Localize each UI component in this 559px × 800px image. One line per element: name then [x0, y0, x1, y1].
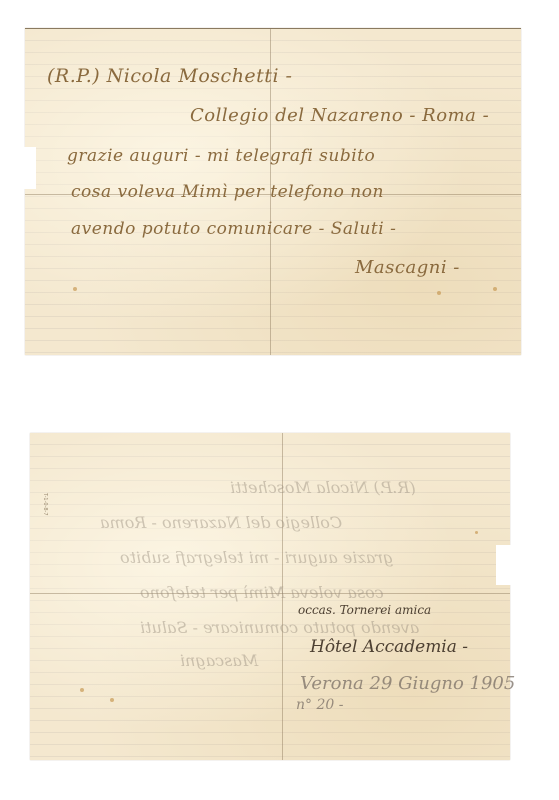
address-line-institution: Collegio del Nazareno - Roma - — [190, 105, 489, 126]
back-note-line-1: occas. Tornerei amica — [298, 603, 431, 617]
torn-edge — [496, 545, 512, 585]
address-line-recipient: (R.P.) Nicola Moschetti - — [47, 65, 292, 87]
number-note: n° 20 - — [296, 697, 343, 713]
bleed-through-line-3: grazie auguri - mi telegrafi subito — [120, 548, 393, 567]
foxing-spot — [73, 287, 77, 291]
place-date: Verona 29 Giugno 1905 — [300, 673, 515, 694]
bleed-through-line-1: (R.P.) Nicola Moschetti — [230, 478, 416, 497]
foxing-spot — [80, 688, 84, 692]
bleed-through-line-6: Mascagni — [180, 651, 258, 670]
body-line-1: grazie auguri - mi telegrafi subito — [67, 146, 375, 166]
margin-catalog-mark: T-1-0-8-7 — [42, 493, 48, 516]
signature: Mascagni - — [355, 257, 460, 278]
torn-edge — [23, 147, 36, 189]
foxing-spot — [493, 287, 497, 291]
hotel-name: Hôtel Accademia - — [310, 637, 468, 657]
foxing-spot — [475, 531, 478, 534]
letter-back: T-1-0-8-7 (R.P.) Nicola Moschetti Colleg… — [30, 433, 510, 760]
foxing-spot — [110, 698, 114, 702]
body-line-3: avendo potuto comunicare - Saluti - — [71, 219, 396, 239]
foxing-spot — [437, 291, 441, 295]
bleed-through-line-2: Collegio del Nazareno - Roma — [100, 513, 342, 532]
bleed-through-line-4: cosa voleva Mimì per telefono — [140, 583, 384, 602]
bleed-through-line-5: avendo potuto comunicare - Saluti — [140, 618, 419, 637]
body-line-2: cosa voleva Mimì per telefono non — [71, 182, 384, 202]
letter-front: (R.P.) Nicola Moschetti - Collegio del N… — [25, 28, 521, 355]
